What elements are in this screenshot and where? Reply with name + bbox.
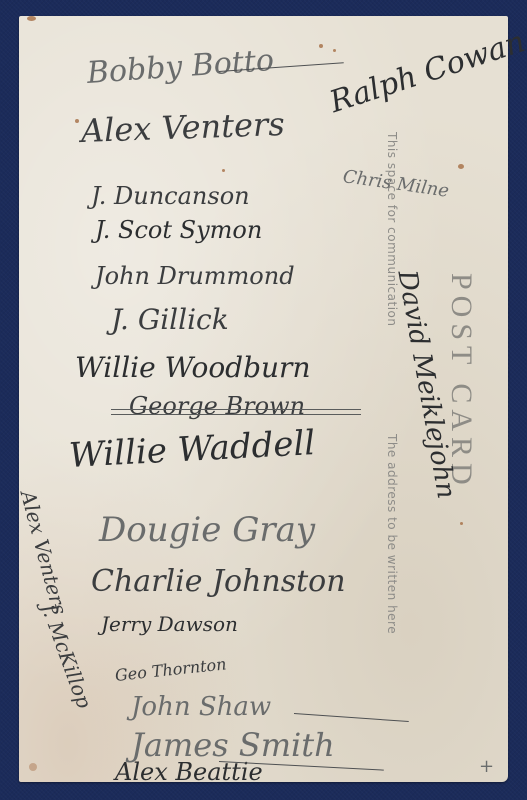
signature-alex-venters-margin: Alex Venters [16,488,72,617]
signature-j-mckillop: J. McKillop [36,600,96,711]
strikethrough-line [111,414,361,415]
foxing-spot [29,763,37,771]
signature-jerry-dawson: Jerry Dawson [101,612,238,636]
signature-duncanson: J. Duncanson [91,182,250,210]
signature-willie-waddell: Willie Waddell [68,423,316,476]
signature-john-shaw: John Shaw [131,692,271,722]
signature-j-gillick: J. Gillick [111,303,229,336]
signature-geo-thornton: Geo Thornton [114,654,227,685]
foxing-spot [27,16,36,21]
signature-george-brown: George Brown [129,392,305,420]
signature-charlie-johnston: Charlie Johnston [91,564,346,599]
foxing-spot [319,44,323,48]
signature-ralph-cowan: Ralph Cowan [326,24,527,120]
foxing-spot [458,164,464,169]
signature-willie-woodburn: Willie Woodburn [75,351,310,384]
signature-john-drummond: John Drummond [95,262,295,290]
strikethrough-line [111,409,361,410]
foxing-spot [460,522,463,525]
signature-scot-symon: J. Scot Symon [95,216,262,244]
signature-alex-venters: Alex Venters [80,105,285,150]
postcard: This space for communication POST CARD T… [19,16,508,782]
address-label: The address to be written here [385,434,399,634]
signature-dougie-gray: Dougie Gray [99,510,315,550]
pen-stroke [294,713,409,722]
foxing-spot [333,49,336,52]
signature-bobby-botto: Bobby Botto [86,43,275,91]
pencil-mark: + [479,756,494,777]
foxing-spot [222,169,225,172]
foxing-spot [75,119,79,123]
